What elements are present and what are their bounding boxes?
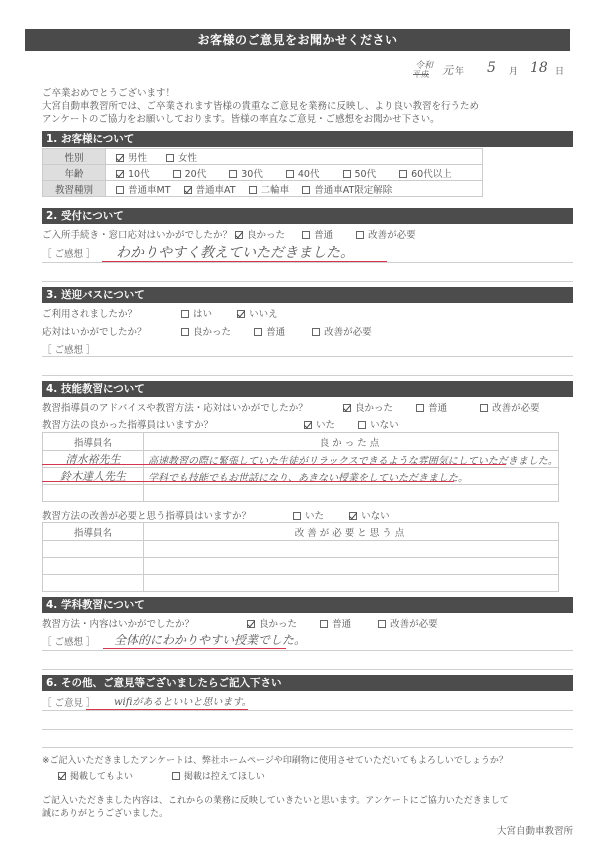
option-publish-ok[interactable]: 掲載してもよい: [58, 769, 133, 782]
intro-line: ご卒業おめでとうございます！: [42, 87, 572, 100]
checkbox-icon[interactable]: [286, 170, 294, 178]
date-day: 18: [530, 60, 548, 76]
section-header-reception: 2. 受付について: [42, 208, 573, 224]
intro-line: 大宮自動車教習所では、ご卒業されます皆様の貴重なご意見を業務に反映し、より良い教…: [42, 100, 572, 113]
checkbox-icon[interactable]: [399, 170, 407, 178]
option-motorcycle[interactable]: 二輪車: [249, 182, 290, 196]
instructor-name-cell[interactable]: [43, 541, 144, 558]
checkbox-checked-icon[interactable]: [58, 772, 66, 780]
closing-line: ご記入いただきました内容は、これからの業務に反映していきたいと思います。アンケー…: [42, 795, 572, 808]
customer-info-table: 性別 男性 女性 年齢 10代 20代 30代 40代 50代 60代以上 教習…: [42, 148, 483, 197]
option-age-10s[interactable]: 10代: [116, 166, 150, 180]
comment-field-reception[interactable]: ［ ご感想 ］ わかりやすく教えていただきました。: [42, 242, 573, 262]
instructor-name-cell[interactable]: [43, 575, 144, 592]
option-female[interactable]: 女性: [166, 150, 197, 164]
date-year: 元: [442, 62, 453, 78]
checkbox-checked-icon[interactable]: [237, 310, 245, 318]
checkbox-icon[interactable]: [293, 512, 301, 520]
option-no[interactable]: いいえ: [237, 306, 278, 320]
row-label: 教習種別: [43, 181, 106, 197]
table-row: [43, 541, 559, 558]
checkbox-icon[interactable]: [173, 170, 181, 178]
table-row-gender: 性別 男性 女性: [43, 149, 483, 165]
option-needs-improvement[interactable]: 改善が必要: [356, 227, 416, 241]
year-unit: 年: [455, 64, 464, 77]
checkbox-icon[interactable]: [181, 328, 189, 336]
checkbox-icon[interactable]: [254, 328, 262, 336]
comment-text: wifiがあるといいと思います。: [114, 693, 252, 708]
option-good[interactable]: 良かった: [247, 616, 297, 630]
checkbox-icon[interactable]: [181, 310, 189, 318]
good-instructor-table: 指導員名 良かった点 清水裕先生 高速教習の際に緊張していた生徒がリラックスでき…: [42, 432, 559, 502]
improvement-point-cell[interactable]: [144, 541, 559, 558]
checkbox-checked-icon[interactable]: [184, 186, 192, 194]
improve-instructor-table: 指導員名 改善が必要と思う点: [42, 522, 559, 592]
section-header-driving-lessons: 4. 技能教習について: [42, 381, 573, 397]
option-none[interactable]: いない: [349, 508, 390, 522]
closing-text: ご記入いただきました内容は、これからの業務に反映していきたいと思います。アンケー…: [42, 795, 572, 821]
option-none[interactable]: いない: [358, 417, 399, 431]
red-underline: [42, 481, 454, 482]
intro-line: アンケートのご協力をお願いしております。皆様の率直なご意見・ご感想をお聞かせ下さ…: [42, 113, 572, 126]
checkbox-checked-icon[interactable]: [235, 231, 243, 239]
date-month: 5: [487, 60, 496, 76]
table-header-row: 指導員名 良かった点: [43, 433, 559, 451]
rule-line: [42, 669, 573, 670]
checkbox-icon[interactable]: [166, 154, 174, 162]
section-header-other-comments: 6. その他、ご意見等ございましたらご記入下さい: [42, 675, 573, 691]
date-line: 令和 平成 元 年 5 月 18 日: [405, 60, 575, 82]
option-yes-there-was[interactable]: いた: [293, 508, 324, 522]
table-header-row: 指導員名 改善が必要と思う点: [43, 523, 559, 541]
option-at-limit-removal[interactable]: 普通車AT限定解除: [302, 182, 392, 196]
option-needs-improvement[interactable]: 改善が必要: [480, 400, 540, 414]
consent-question: ※ご記入いただきましたアンケートは、弊社ホームページや印刷物に使用させていただい…: [42, 755, 572, 768]
checkbox-icon[interactable]: [416, 404, 424, 412]
checkbox-icon[interactable]: [172, 772, 180, 780]
row-label: 年齢: [43, 165, 106, 181]
option-at[interactable]: 普通車AT: [184, 182, 236, 196]
form-title: お客様のご意見をお聞かせください: [25, 29, 570, 51]
rule-line: [42, 281, 573, 282]
option-male[interactable]: 男性: [116, 150, 147, 164]
good-point-cell[interactable]: [144, 485, 559, 502]
question-bus-used: ご利用されましたか？ はい いいえ: [42, 306, 294, 320]
checkbox-checked-icon[interactable]: [304, 421, 312, 429]
comment-field-bus[interactable]: ［ ご感想 ］: [42, 339, 573, 357]
checkbox-checked-icon[interactable]: [247, 620, 255, 628]
col-header-improvement-points: 改善が必要と思う点: [144, 523, 559, 541]
checkbox-checked-icon[interactable]: [116, 154, 124, 162]
consent-options: 掲載してもよい 掲載は控えてほしい: [58, 769, 281, 782]
rule-line: [42, 262, 573, 263]
checkbox-icon[interactable]: [312, 328, 320, 336]
checkbox-icon[interactable]: [116, 186, 124, 194]
rule-line: [42, 650, 573, 651]
checkbox-icon[interactable]: [229, 170, 237, 178]
option-good[interactable]: 良かった: [343, 400, 393, 414]
row-label: 性別: [43, 149, 106, 165]
rule-line: [42, 747, 573, 748]
option-age-30s[interactable]: 30代: [229, 166, 263, 180]
checkbox-checked-icon[interactable]: [349, 512, 357, 520]
option-mt[interactable]: 普通車MT: [116, 182, 171, 196]
comment-label: ［ ご感想 ］: [42, 342, 96, 356]
col-header-instructor-name: 指導員名: [43, 523, 144, 541]
checkbox-icon[interactable]: [302, 231, 310, 239]
section-header-customer: 1. お客様について: [42, 131, 573, 147]
checkbox-icon[interactable]: [356, 231, 364, 239]
table-row: [43, 575, 559, 592]
option-yes[interactable]: はい: [181, 306, 212, 320]
checkbox-icon[interactable]: [320, 620, 328, 628]
improvement-point-cell[interactable]: [144, 558, 559, 575]
month-unit: 月: [509, 64, 518, 77]
rule-line: [42, 710, 573, 711]
section-header-classroom-lessons: 4. 学科教習について: [42, 597, 573, 613]
question-classroom: 教習方法・内容はいかがでしたか？ 良かった 普通 改善が必要: [42, 616, 454, 630]
rule-line: [42, 375, 573, 376]
instructor-name-cell[interactable]: [43, 485, 144, 502]
option-normal[interactable]: 普通: [254, 324, 285, 338]
table-row-course: 教習種別 普通車MT 普通車AT 二輪車 普通車AT限定解除: [43, 181, 483, 197]
option-yes-there-was[interactable]: いた: [304, 417, 335, 431]
instructor-name-cell[interactable]: [43, 558, 144, 575]
question-good-instructor: 教習方法の良かった指導員はいますか？ いた いない: [42, 417, 415, 431]
rule-line: [42, 356, 573, 357]
comment-text: 全体的にわかりやすい授業でした。: [114, 631, 306, 648]
option-age-60s-plus[interactable]: 60代以上: [399, 166, 452, 180]
checkbox-icon[interactable]: [343, 170, 351, 178]
question-improve-instructor: 教習方法の改善が必要と思う指導員はいますか？ いた いない: [42, 508, 406, 522]
day-unit: 日: [555, 64, 564, 77]
intro-text: ご卒業おめでとうございます！ 大宮自動車教習所では、ご卒業されます皆様の貴重なご…: [42, 87, 572, 126]
section-header-shuttle-bus: 3. 送迎バスについて: [42, 287, 573, 303]
option-good[interactable]: 良かった: [235, 227, 285, 241]
question-bus-service: 応対はいかがでしたか？ 良かった 普通 改善が必要: [42, 324, 388, 338]
table-row: [43, 485, 559, 502]
option-good[interactable]: 良かった: [181, 324, 231, 338]
era-struck: 平成: [413, 69, 429, 80]
checkbox-icon[interactable]: [480, 404, 488, 412]
option-needs-improvement[interactable]: 改善が必要: [312, 324, 372, 338]
option-age-20s[interactable]: 20代: [173, 166, 207, 180]
option-age-50s[interactable]: 50代: [343, 166, 377, 180]
comment-label: ［ ご感想 ］: [42, 246, 96, 260]
closing-line: 誠にありがとうございました。: [42, 808, 572, 821]
comment-field-classroom[interactable]: ［ ご感想 ］ 全体的にわかりやすい授業でした。: [42, 630, 573, 650]
red-underline: [103, 648, 286, 649]
checkbox-icon[interactable]: [302, 186, 310, 194]
table-row: [43, 558, 559, 575]
improvement-point-cell[interactable]: [144, 575, 559, 592]
checkbox-checked-icon[interactable]: [343, 404, 351, 412]
rule-line: [42, 729, 573, 730]
option-age-40s[interactable]: 40代: [286, 166, 320, 180]
col-header-instructor-name: 指導員名: [43, 433, 144, 451]
question-reception: ご入所手続き・窓口応対はいかがでしたか？ 良かった 普通 改善が必要: [42, 227, 432, 241]
option-normal[interactable]: 普通: [416, 400, 447, 414]
option-normal[interactable]: 普通: [320, 616, 351, 630]
checkbox-icon[interactable]: [378, 620, 386, 628]
comment-text: わかりやすく教えていただきました。: [116, 242, 354, 262]
checkbox-icon[interactable]: [249, 186, 257, 194]
option-normal[interactable]: 普通: [302, 227, 333, 241]
checkbox-icon[interactable]: [358, 421, 366, 429]
red-underline: [42, 464, 506, 465]
comment-label: ［ ご意見 ］: [42, 695, 96, 709]
comment-label: ［ ご感想 ］: [42, 634, 96, 648]
comment-field-other[interactable]: ［ ご意見 ］ wifiがあるといいと思います。: [42, 692, 573, 710]
option-publish-decline[interactable]: 掲載は控えてほしい: [172, 769, 265, 782]
option-needs-improvement[interactable]: 改善が必要: [378, 616, 438, 630]
signature: 大宮自動車教習所: [497, 823, 573, 837]
checkbox-checked-icon[interactable]: [116, 170, 124, 178]
col-header-good-points: 良かった点: [144, 433, 559, 451]
table-row-age: 年齢 10代 20代 30代 40代 50代 60代以上: [43, 165, 483, 181]
question-instructor-advice: 教習指導員のアドバイスや教習方法・応対はいかがでしたか？ 良かった 普通 改善が…: [42, 400, 556, 414]
